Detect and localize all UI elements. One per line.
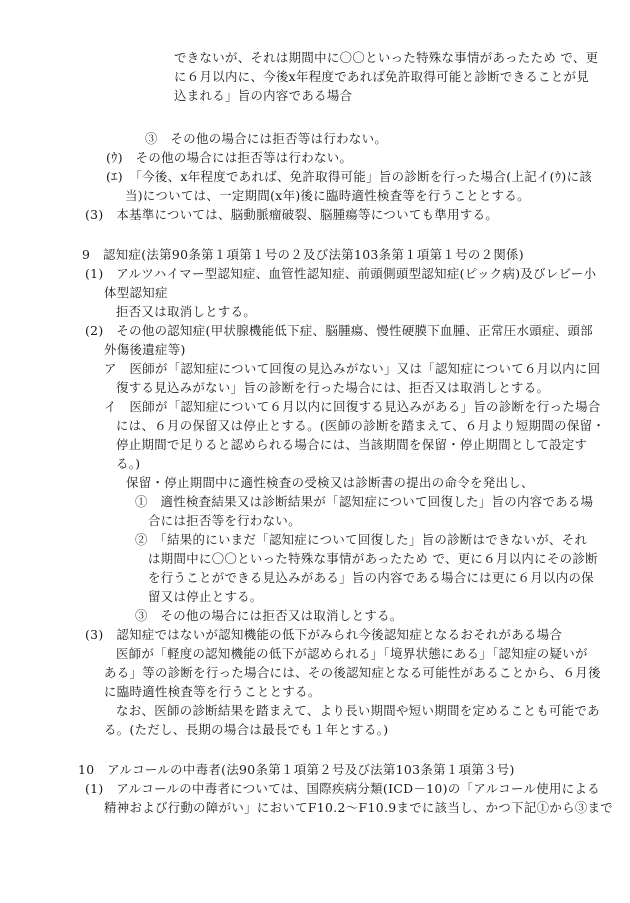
text-line: 10 アルコールの中毒者(法90条第１項第２号及び法第103条第１項第３号) [78,760,515,779]
text-line: 保留・停止期間中に適性検査の受検又は診断書の提出の命令を発出し、 [126,473,534,492]
text-line: (1) アルコールの中毒者については、国際疾病分類(ICD－10)の「アルコール… [85,779,600,798]
text-line: は期間中に〇〇といった特殊な事情があったため で、更に６月以内にその診断 [148,549,598,568]
text-line: る。) [116,454,140,473]
text-line: ③ その他の場合には拒否等は行わない。 [145,129,387,148]
text-line: ① 適性検査結果又は診断結果が「認知症について回復した」旨の内容である場 [135,492,593,511]
text-line: ある」等の診断を行った場合には、その後認知症となる可能性があることから、６月後 [104,663,601,682]
text-line: ② 「結果的にいまだ「認知症について回復した」旨の診断はできないが、それ [135,530,587,549]
text-line: イ 医師が「認知症について６月以内に回復する見込みがある」旨の診断を行った場合 [104,397,601,416]
text-line: 留又は停止とする。 [148,587,263,606]
text-line: 当)については、一定期間(x年)後に臨時適性検査等を行うこととする。 [125,186,530,205]
text-line: 精神および行動の障がい」においてF10.2～F10.9までに該当し、かつ下記①か… [104,798,613,817]
text-line: 込まれる」旨の内容である場合 [174,86,352,105]
text-line: (3) 本基準については、脳動脈瘤破裂、脳腫瘍等についても準用する。 [85,205,498,224]
text-line: 停止期間で足りると認められる場合には、当該期間を保留・停止期間として設定す [116,435,587,454]
text-line: 合には拒否等を行わない。 [148,511,301,530]
text-line: (2) その他の認知症(甲状腺機能低下症、脳腫瘍、慢性硬膜下血腫、正常圧水頭症、… [85,321,593,340]
text-line: ③ その他の場合には拒否又は取消しとする。 [135,606,403,625]
text-line: に臨時適性検査等を行うこととする。 [104,682,321,701]
text-line: (3) 認知症ではないが認知機能の低下がみられ今後認知症となるおそれがある場合 [85,625,562,644]
text-line: に６月以内に、今後x年程度であれば免許取得可能と診断できることが見 [174,67,589,86]
text-line: 復する見込みがない」旨の診断を行った場合には、拒否又は取消しとする。 [116,378,549,397]
text-line: を行うことができる見込みがある」旨の内容である場合には更に６月以内の保 [148,568,594,587]
text-line: (1) アルツハイマー型認知症、血管性認知症、前頭側頭型認知症(ピック病)及びレ… [85,264,596,283]
text-line: ア 医師が「認知症について回復の見込みがない」又は「認知症について６月以内に回 [104,359,600,378]
text-line: 拒否又は取消しとする。 [116,302,256,321]
text-line: る。(ただし、長期の場合は最長でも１年とする。) [104,720,388,739]
text-line: 体型認知症 [104,283,168,302]
text-line: 外傷後遺症等) [104,340,186,359]
text-line: (ｴ) 「今後、x年程度であれば、免許取得可能」旨の診断を行った場合(上記イ(ｳ… [106,167,592,186]
text-line: 9 認知症(法第90条第１項第１号の２及び法第103条第１項第１号の２関係) [82,245,524,264]
text-line: には、６月の保留又は停止とする。(医師の診断を踏まえて、６月より短期間の保留・ [116,416,605,435]
text-line: (ｳ) その他の場合には拒否等は行わない。 [106,148,352,167]
text-line: 医師が「軽度の認知機能の低下が認められる」「境界状態にある」「認知症の疑いが [116,644,588,663]
text-line: できないが、それは期間中に〇〇といった特殊な事情があったため で、更 [174,48,598,67]
text-line: なお、医師の診断結果を踏まえて、より長い期間や短い期間を定めることも可能であ [116,701,600,720]
